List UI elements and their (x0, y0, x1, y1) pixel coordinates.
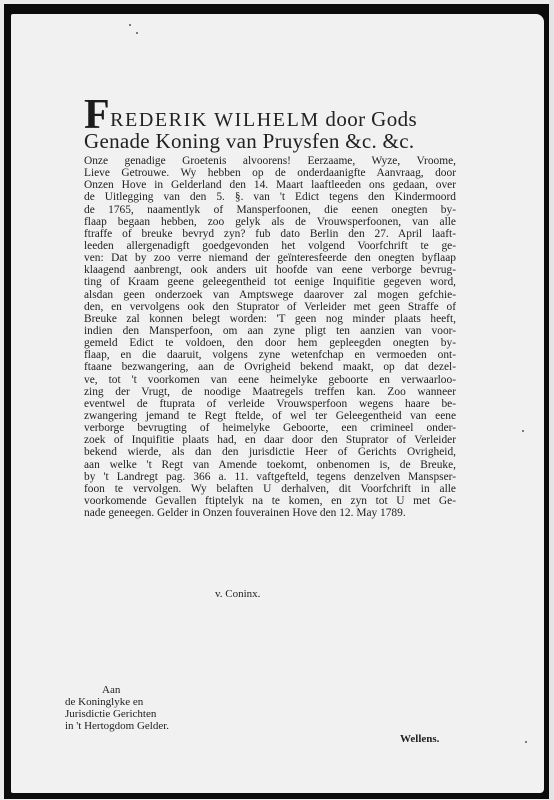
body-line: ftraffe of breuke bevryd zyn? fub dato B… (84, 228, 456, 240)
paper-speck (136, 32, 138, 34)
body-line: Onze genadige Groetenis alvoorens! Eerza… (84, 155, 456, 167)
body-line: nade geneegen. Gelder in Onzen fouverain… (84, 507, 456, 519)
king-name: REDERIK WILHELM (110, 109, 320, 131)
body-line: zing der Vrugt, de noodige Maatregels tr… (84, 386, 456, 398)
body-line: Onzen Hove in Gelderland den 14. Maart l… (84, 179, 456, 191)
body-line: de Uitlegging van den 5. §. van 't Edict… (84, 191, 456, 203)
address-line: in 't Hertogdom Gelder. (65, 720, 169, 732)
body-line: zoek of Inquifitie plaats had, en daar d… (84, 434, 456, 446)
address-line: de Koninglyke en (65, 696, 169, 708)
body-line: ve, tot 't voorkomen van eene heimelyke … (84, 374, 456, 386)
body-line: alsdan geen onderzoek van Amptswege daar… (84, 289, 456, 301)
body-line: klaagend aanbrengt, ook anders uit hoofd… (84, 264, 456, 276)
paper-speck (525, 741, 527, 743)
body-line: voorkomende Gevallen ftiptelyk na te kom… (84, 495, 456, 507)
proclamation-heading: FREDERIK WILHELM door Gods Genade Koning… (84, 100, 459, 152)
address-block: Aan de Koninglyke en Jurisdictie Gericht… (65, 684, 169, 732)
body-line: ven: Dat by zoo verre niemand der geïnte… (84, 252, 456, 264)
body-line: flaap, en die daaruit, volgens zyne wete… (84, 349, 456, 361)
address-line: Jurisdictie Gerichten (65, 708, 169, 720)
heading-line-1: FREDERIK WILHELM door Gods (84, 100, 459, 130)
body-line: by 't Landregt pag. 366 a. 11. vaftgefte… (84, 471, 456, 483)
body-line: aan welke 't Regt van Amende toekomt, on… (84, 459, 456, 471)
body-line: bekend wierde, als dan den jurisdictie H… (84, 446, 456, 458)
paper-speck (129, 24, 131, 26)
body-line: eventwel de ftuprata of verleide Vrouwsp… (84, 398, 456, 410)
body-line: Lieve Getrouwe. Wy hebben op de onderdaa… (84, 167, 456, 179)
body-line: leeden allergenadigft goedgevonden het v… (84, 240, 456, 252)
body-line: indien den Mansperfoon, om aan zyne plig… (84, 325, 456, 337)
heading-line-2: Genade Koning van Pruysfen &c. &c. (84, 130, 459, 152)
scan-edge (549, 0, 554, 800)
paper-speck (522, 430, 524, 432)
body-line: ting of Kraam geene geleegentheid tot ee… (84, 276, 456, 288)
address-aan: Aan (65, 684, 169, 696)
body-line: Breuke zal konnen belegt worden: 'T geen… (84, 313, 456, 325)
proclamation-body: Onze genadige Groetenis alvoorens! Eerza… (84, 155, 456, 519)
body-line: de 1765, naamentlyk of Mansperfoonen, di… (84, 204, 456, 216)
secretary-signature: Wellens. (400, 733, 439, 745)
body-line: foon te vervolgen. Wy belaften U derhalv… (84, 483, 456, 495)
body-line: den, en vervolgens ook den Stuprator of … (84, 301, 456, 313)
body-line: verborge bevrugting of heimelyke Geboort… (84, 422, 456, 434)
body-line: zwangering jemand te Regt ftelde, of wel… (84, 410, 456, 422)
body-line: ftaane bezwangering, aan de Ovrigheid be… (84, 361, 456, 373)
body-line: flaap begaan hebben, zoo gelyk als de Vr… (84, 216, 456, 228)
countersignature: v. Coninx. (215, 588, 260, 600)
body-line: gemeld Edict te voldoen, den door hem ge… (84, 337, 456, 349)
heading-line-1-rest: door Gods (320, 107, 417, 131)
